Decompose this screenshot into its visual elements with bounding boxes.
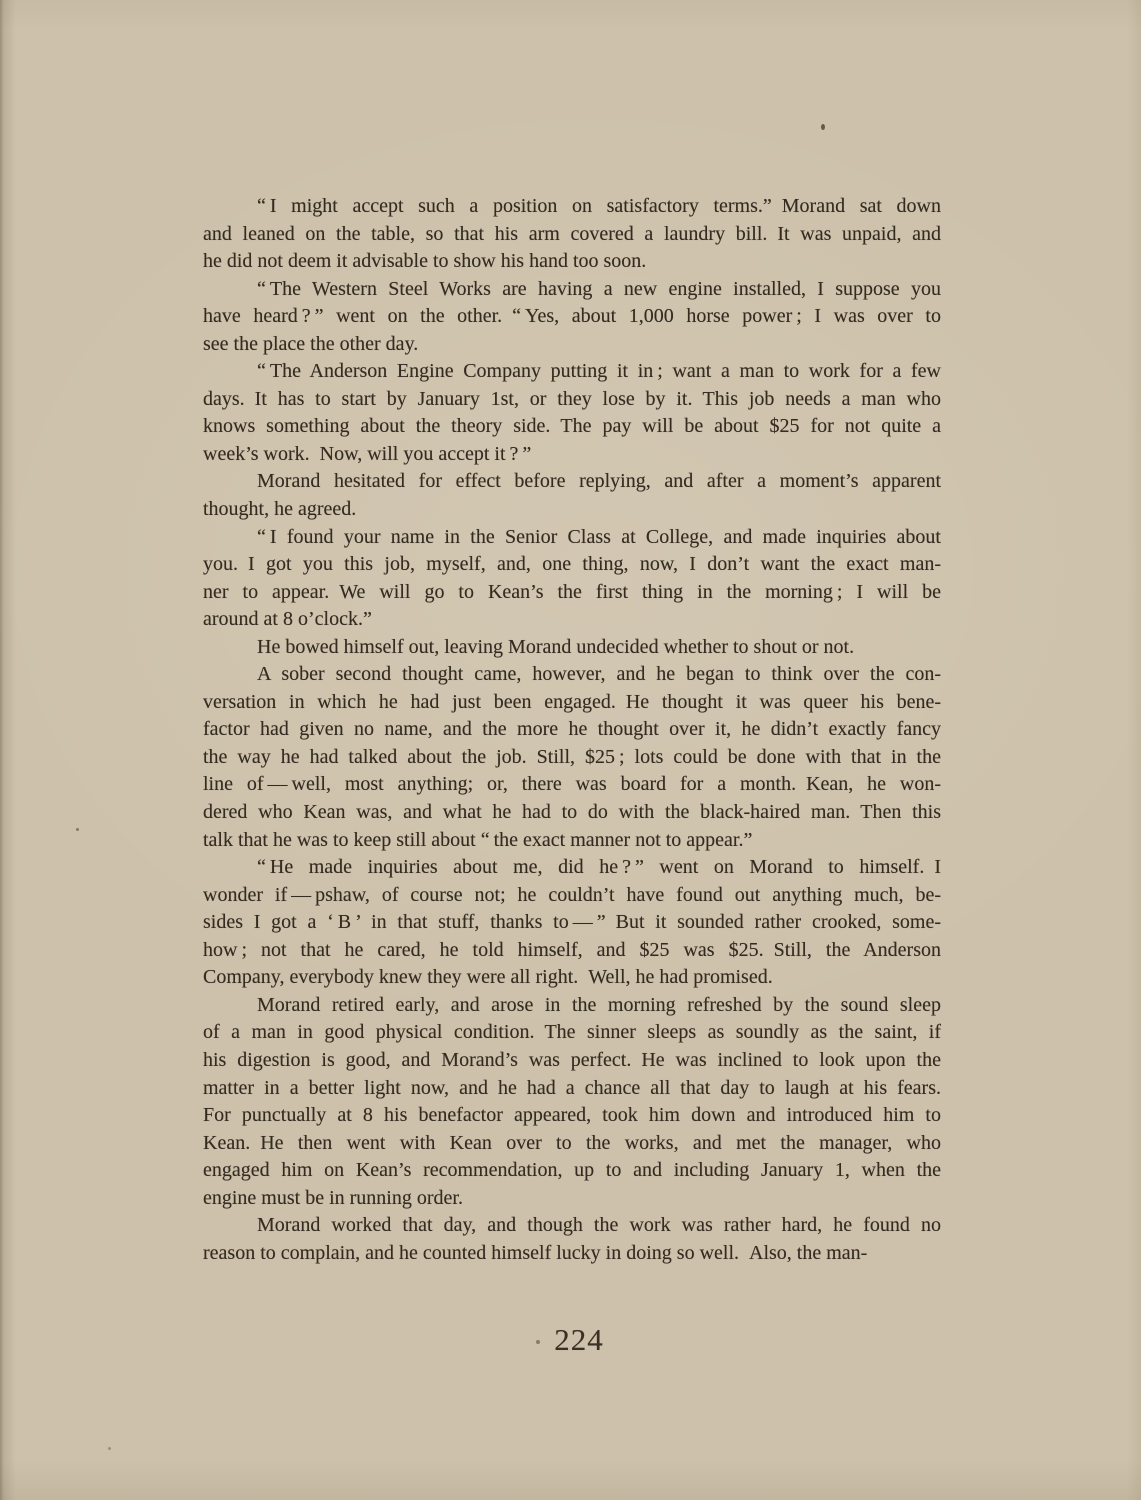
paragraph: He bowed himself out, leaving Morand und… xyxy=(203,634,941,662)
text-line: talk that he was to keep still about “ t… xyxy=(203,827,941,855)
text-line: wonder if — pshaw, of course not; he cou… xyxy=(203,882,941,910)
paper-speck xyxy=(821,124,825,130)
text-line: Company, everybody knew they were all ri… xyxy=(203,964,941,992)
paragraph: “ I found your name in the Senior Class … xyxy=(203,524,941,634)
text-line: knows something about the theory side. T… xyxy=(203,413,941,441)
text-line: he did not deem it advisable to show his… xyxy=(203,248,941,276)
paragraph: “ I might accept such a position on sati… xyxy=(203,193,941,276)
scanned-book-page: “ I might accept such a position on sati… xyxy=(0,0,1141,1500)
text-line: Morand retired early, and arose in the m… xyxy=(203,992,941,1020)
text-line: “ I found your name in the Senior Class … xyxy=(203,524,941,552)
text-line: week’s work. Now, will you accept it ? ” xyxy=(203,441,941,469)
text-line: He bowed himself out, leaving Morand und… xyxy=(203,634,941,662)
text-line: and leaned on the table, so that his arm… xyxy=(203,221,941,249)
text-line: ner to appear. We will go to Kean’s the … xyxy=(203,579,941,607)
text-line: factor had given no name, and the more h… xyxy=(203,716,941,744)
text-line: have heard ? ” went on the other. “ Yes,… xyxy=(203,303,941,331)
text-line: days. It has to start by January 1st, or… xyxy=(203,386,941,414)
text-line: dered who Kean was, and what he had to d… xyxy=(203,799,941,827)
text-line: his digestion is good, and Morand’s was … xyxy=(203,1047,941,1075)
text-line: around at 8 o’clock.” xyxy=(203,606,941,634)
text-line: “ The Western Steel Works are having a n… xyxy=(203,276,941,304)
text-line: you. I got you this job, myself, and, on… xyxy=(203,551,941,579)
paragraph: Morand hesitated for effect before reply… xyxy=(203,468,941,523)
text-line: sides I got a ‘ B ’ in that stuff, thank… xyxy=(203,909,941,937)
text-line: see the place the other day. xyxy=(203,331,941,359)
text-line: versation in which he had just been enga… xyxy=(203,689,941,717)
text-line: Morand worked that day, and though the w… xyxy=(203,1212,941,1240)
paper-speck xyxy=(76,828,79,831)
text-line: how ; not that he cared, he told himself… xyxy=(203,937,941,965)
paragraph: “ The Anderson Engine Company putting it… xyxy=(203,358,941,468)
paragraph: “ The Western Steel Works are having a n… xyxy=(203,276,941,359)
text-line: of a man in good physical condition. The… xyxy=(203,1019,941,1047)
text-line: “ He made inquiries about me, did he ? ”… xyxy=(203,854,941,882)
paragraph: “ He made inquiries about me, did he ? ”… xyxy=(203,854,941,992)
paper-speck xyxy=(108,1447,111,1450)
paragraph: Morand worked that day, and though the w… xyxy=(203,1212,941,1267)
text-line: engaged him on Kean’s recommendation, up… xyxy=(203,1157,941,1185)
text-line: “ I might accept such a position on sati… xyxy=(203,193,941,221)
text-line: Morand hesitated for effect before reply… xyxy=(203,468,941,496)
page-text: “ I might accept such a position on sati… xyxy=(203,193,941,1267)
text-line: Kean. He then went with Kean over to the… xyxy=(203,1130,941,1158)
paper-speck xyxy=(536,1340,540,1344)
text-line: engine must be in running order. xyxy=(203,1185,941,1213)
text-line: thought, he agreed. xyxy=(203,496,941,524)
text-line: matter in a better light now, and he had… xyxy=(203,1075,941,1103)
page-number: 224 xyxy=(203,1322,955,1358)
text-line: reason to complain, and he counted himse… xyxy=(203,1240,941,1268)
text-line: the way he had talked about the job. Sti… xyxy=(203,744,941,772)
text-line: “ The Anderson Engine Company putting it… xyxy=(203,358,941,386)
paragraph: Morand retired early, and arose in the m… xyxy=(203,992,941,1212)
text-line: line of — well, most anything; or, there… xyxy=(203,771,941,799)
text-line: A sober second thought came, however, an… xyxy=(203,661,941,689)
paragraph: A sober second thought came, however, an… xyxy=(203,661,941,854)
text-line: For punctually at 8 his benefactor appea… xyxy=(203,1102,941,1130)
